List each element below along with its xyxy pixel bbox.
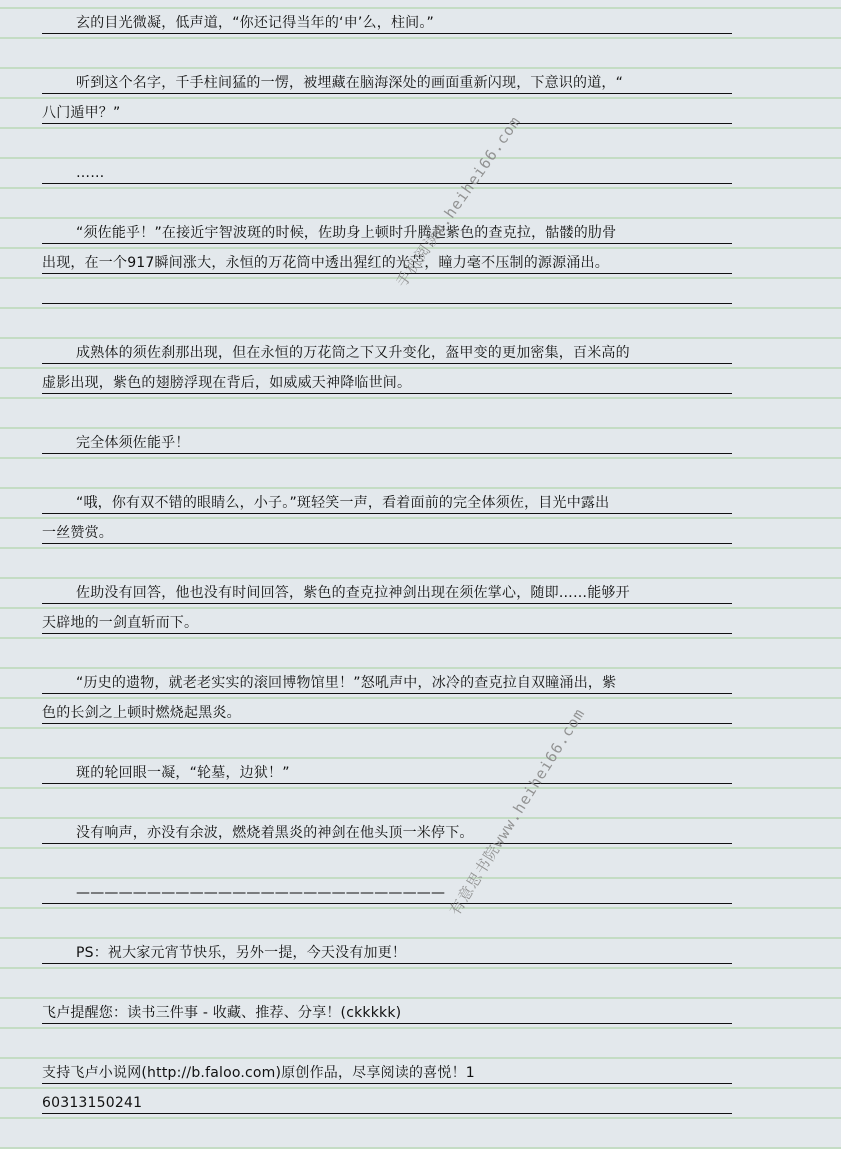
line-text: 一丝赞赏。	[42, 524, 113, 542]
text-line: PS：祝大家元宵节快乐，另外一提，今天没有加更！	[42, 934, 732, 964]
blank-line	[42, 34, 732, 64]
line-text: “历史的遗物，就老老实实的滚回博物馆里！”怒吼声中，冰冷的查克拉自双瞳涌出，紫	[42, 674, 616, 692]
line-text: 没有响声，亦没有余波，燃烧着黑炎的神剑在他头顶一米停下。	[42, 824, 474, 842]
line-text: 虚影出现，紫色的翅膀浮现在背后，如威威天神降临世间。	[42, 374, 411, 392]
line-text: ……	[42, 164, 104, 182]
text-line: “哦，你有双不错的眼睛么，小子。”斑轻笑一声，看着面前的完全体须佐，目光中露出	[42, 484, 732, 514]
text-line: 完全体须佐能乎！	[42, 424, 732, 454]
blank-line	[42, 304, 732, 334]
blank-line	[42, 1024, 732, 1054]
text-line: 支持飞卢小说网(http://b.faloo.com)原创作品，尽享阅读的喜悦！…	[42, 1054, 732, 1084]
line-text: 飞卢提醒您：读书三件事 - 收藏、推荐、分享！(ckkkkk)	[42, 1004, 401, 1022]
blank-line	[42, 784, 732, 814]
line-text: 60313150241	[42, 1094, 142, 1112]
chapter-text: 玄的目光微凝，低声道，“你还记得当年的‘申’么，柱间。”听到这个名字，千手柱间猛…	[42, 4, 732, 1114]
line-text: ——————————————————————————	[42, 884, 445, 902]
blank-line	[42, 634, 732, 664]
text-line: 佐助没有回答，他也没有时间回答，紫色的查克拉神剑出现在须佐掌心，随即……能够开	[42, 574, 732, 604]
blank-line	[42, 274, 732, 304]
text-line: 出现，在一个917瞬间涨大，永恒的万花筒中透出猩红的光芒，瞳力毫不压制的源源涌出…	[42, 244, 732, 274]
text-line: 虚影出现，紫色的翅膀浮现在背后，如威威天神降临世间。	[42, 364, 732, 394]
text-line: 玄的目光微凝，低声道，“你还记得当年的‘申’么，柱间。”	[42, 4, 732, 34]
line-text: 斑的轮回眼一凝，“轮墓，边狱！”	[42, 764, 290, 782]
text-line: 60313150241	[42, 1084, 732, 1114]
text-line: 飞卢提醒您：读书三件事 - 收藏、推荐、分享！(ckkkkk)	[42, 994, 732, 1024]
text-line: 色的长剑之上顿时燃烧起黑炎。	[42, 694, 732, 724]
text-line: 天辟地的一剑直斩而下。	[42, 604, 732, 634]
text-line: 斑的轮回眼一凝，“轮墓，边狱！”	[42, 754, 732, 784]
line-text: 完全体须佐能乎！	[42, 434, 190, 452]
blank-line	[42, 394, 732, 424]
line-text: 出现，在一个917瞬间涨大，永恒的万花筒中透出猩红的光芒，瞳力毫不压制的源源涌出…	[42, 254, 609, 272]
text-line: 没有响声，亦没有余波，燃烧着黑炎的神剑在他头顶一米停下。	[42, 814, 732, 844]
line-text: 支持飞卢小说网(http://b.faloo.com)原创作品，尽享阅读的喜悦！…	[42, 1064, 475, 1082]
line-text: 八门遁甲？”	[42, 104, 120, 122]
line-text: 色的长剑之上顿时燃烧起黑炎。	[42, 704, 241, 722]
text-line: ……	[42, 154, 732, 184]
blank-line	[42, 904, 732, 934]
line-text: 听到这个名字，千手柱间猛的一愣，被埋藏在脑海深处的画面重新闪现，下意识的道，“	[42, 74, 623, 92]
blank-line	[42, 724, 732, 754]
line-text: “须佐能乎！”在接近宇智波斑的时候，佐助身上顿时升腾起紫色的查克拉，骷髅的肋骨	[42, 224, 616, 242]
blank-line	[42, 544, 732, 574]
text-line: “须佐能乎！”在接近宇智波斑的时候，佐助身上顿时升腾起紫色的查克拉，骷髅的肋骨	[42, 214, 732, 244]
text-line: 一丝赞赏。	[42, 514, 732, 544]
text-line: “历史的遗物，就老老实实的滚回博物馆里！”怒吼声中，冰冷的查克拉自双瞳涌出，紫	[42, 664, 732, 694]
text-line: 成熟体的须佐刹那出现，但在永恒的万花筒之下又升变化，盔甲变的更加密集，百米高的	[42, 334, 732, 364]
line-text: 玄的目光微凝，低声道，“你还记得当年的‘申’么，柱间。”	[42, 14, 434, 32]
line-text: PS：祝大家元宵节快乐，另外一提，今天没有加更！	[42, 944, 406, 962]
blank-line	[42, 844, 732, 874]
line-text: 成熟体的须佐刹那出现，但在永恒的万花筒之下又升变化，盔甲变的更加密集，百米高的	[42, 344, 630, 362]
text-line: 八门遁甲？”	[42, 94, 732, 124]
text-line: 听到这个名字，千手柱间猛的一愣，被埋藏在脑海深处的画面重新闪现，下意识的道，“	[42, 64, 732, 94]
line-text: 佐助没有回答，他也没有时间回答，紫色的查克拉神剑出现在须佐掌心，随即……能够开	[42, 584, 630, 602]
blank-line	[42, 454, 732, 484]
text-line: ——————————————————————————	[42, 874, 732, 904]
line-text: 天辟地的一剑直斩而下。	[42, 614, 198, 632]
blank-line	[42, 124, 732, 154]
line-text: “哦，你有双不错的眼睛么，小子。”斑轻笑一声，看着面前的完全体须佐，目光中露出	[42, 494, 609, 512]
blank-line	[42, 184, 732, 214]
blank-line	[42, 964, 732, 994]
